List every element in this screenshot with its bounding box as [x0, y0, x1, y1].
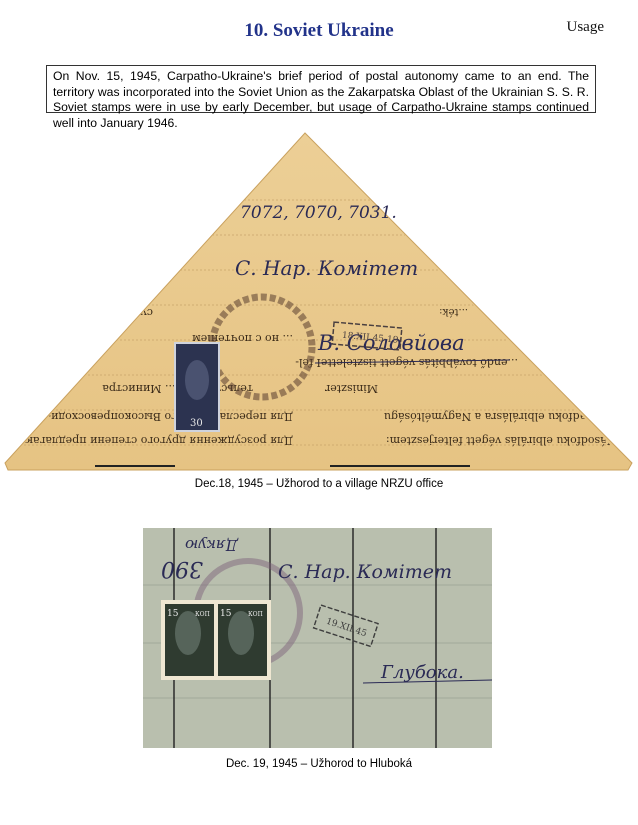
handwritten-address: С. Нар. Комітет — [278, 561, 452, 583]
caption-triangle-cover: Dec.18, 1945 – Užhorod to a village NRZU… — [0, 478, 638, 490]
intro-text-box: On Nov. 15, 1945, Carpatho-Ukraine's bri… — [46, 65, 596, 113]
svg-text:15: 15 — [220, 609, 232, 619]
printed-line: Для пересланя до Его Высокопревосходи- — [47, 410, 293, 423]
handwritten-address: С. Нар. Комітет — [235, 256, 418, 280]
printed-line: Апелловали: — [44, 277, 118, 290]
svg-text:КОП: КОП — [248, 611, 263, 618]
printed-line: ...ték: — [439, 306, 468, 317]
stamp-15-kop: 15 КОП — [165, 604, 214, 676]
svg-text:КОП: КОП — [195, 611, 210, 618]
printed-line: ...ték: — [64, 356, 93, 367]
section-label: Usage — [567, 19, 605, 36]
stamp-pair-15-kop: 15 КОП 15 КОП — [161, 600, 271, 680]
caption-card-piece: Dec. 19, 1945 – Užhorod to Hluboká — [0, 758, 638, 770]
printed-line: Для розсудження другого степени предлага… — [20, 434, 293, 447]
handwritten-destination: Глубока. — [380, 662, 464, 683]
card-piece-image: Дякую 390 С. Нар. Комітет Глубока. 19.XI… — [143, 528, 492, 748]
svg-text:30: 30 — [190, 418, 203, 429]
stamp-15-kop: 15 КОП — [218, 604, 267, 676]
handwritten-scribble: Дякую — [185, 536, 239, 554]
handwritten-numbers: 7072, 7070, 7031. — [240, 203, 397, 223]
svg-text:15: 15 — [167, 609, 179, 619]
printed-line: Másodfoku elbirálás végett felterjesztem… — [386, 434, 618, 447]
page-title: 10. Soviet Ukraine — [0, 20, 638, 42]
stamp-30-kop: 30 — [175, 343, 219, 431]
handwritten-number: 390 — [161, 556, 203, 581]
printed-line: судження третього степеня. — [0, 306, 153, 319]
printed-line: Miniszter — [324, 382, 378, 395]
triangle-cover-image: Másodfoku elbirálás végett felterjesztem… — [0, 125, 638, 475]
